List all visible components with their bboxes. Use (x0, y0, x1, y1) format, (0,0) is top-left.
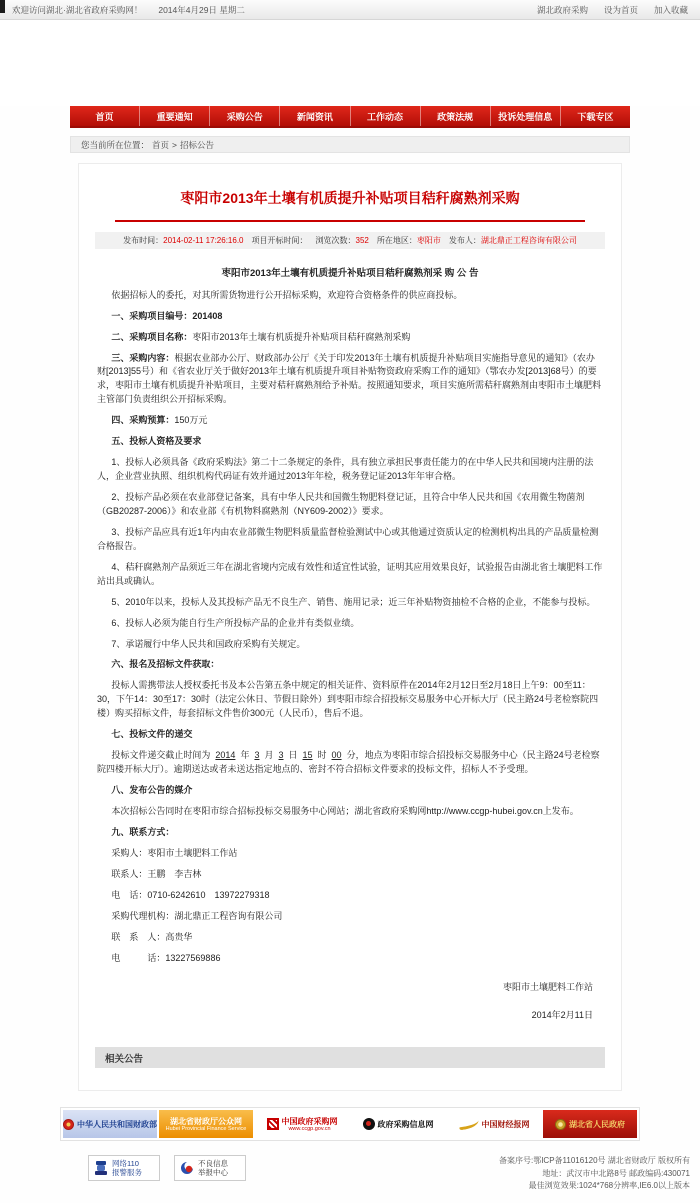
breadcrumb-home-link[interactable]: 首页 (152, 139, 169, 151)
nav-item-downloads[interactable]: 下载专区 (561, 106, 630, 126)
article-body: 枣阳市2013年土壤有机质提升补贴项目秸秆腐熟剂采 购 公 告 依据招标人的委托… (97, 267, 603, 1023)
contact-phone: 电 话：0710-6242610 13972279318 (97, 889, 603, 903)
ccgp-logo-link[interactable]: 中国政府采购网 www.ccgp.gov.cn (255, 1110, 349, 1138)
article-meta-bar: 发布时间：2014-02-11 17:26:16.0 项目开标时间： 浏览次数：… (95, 232, 605, 249)
page-corner-artifact (0, 0, 5, 13)
views-value: 352 (356, 236, 369, 245)
hubei-gov-logo-link[interactable]: 湖北省人民政府 (543, 1110, 637, 1138)
title-divider (115, 220, 585, 222)
section-5-item-4: 4、秸秆腐熟剂产品须近三年在湖北省境内完成有效性和适宜性试验，证明其应用效果良好… (97, 561, 603, 589)
top-utility-bar: 欢迎访问湖北·湖北省政府采购网！ 2014年4月29日 星期二 湖北政府采购 设… (0, 0, 700, 20)
icp-record-text: 备案序号:鄂ICP备11016120号 湖北省财政厅 版权所有 (499, 1155, 690, 1167)
breadcrumb-current-link[interactable]: 招标公告 (180, 139, 214, 151)
breadcrumb-prefix: 您当前所在位置： (81, 139, 149, 151)
mof-logo-link[interactable]: 中华人民共和国财政部 (63, 1110, 157, 1138)
related-announcements-header: 相关公告 (95, 1047, 605, 1068)
bad-info-report-badge[interactable]: 不良信息 举报中心 (174, 1155, 246, 1181)
contact-agency: 采购代理机构：湖北鼎正工程咨询有限公司 (97, 910, 603, 924)
region-label: 所在地区： (377, 236, 417, 245)
publish-time-value: 2014-02-11 17:26:16.0 (163, 236, 243, 245)
address-text: 地址：武汉市中北路8号 邮政编码:430071 (499, 1168, 690, 1180)
page-footer: 网络110 报警服务 不良信息 举报中心 备案序号:鄂ICP备11016120号… (88, 1155, 690, 1202)
nav-item-policies[interactable]: 政策法规 (421, 106, 491, 126)
breadcrumb-separator: > (172, 140, 177, 150)
deadline-year: 2014 (210, 750, 240, 760)
main-nav: 首页 重要通知 采购公告 新闻资讯 工作动态 政策法规 投诉处理信息 下载专区 (70, 106, 630, 128)
section-7-heading: 七、投标文件的递交 (97, 728, 603, 742)
section-5-item-2: 2、投标产品必须在农业部登记备案，具有中华人民共和国微生物肥料登记证，且符合中华… (97, 491, 603, 519)
deadline-hour: 15 (298, 750, 318, 760)
region-value: 枣阳市 (417, 236, 441, 245)
signature-date: 2014年2月11日 (97, 1009, 593, 1023)
section-8-text: 本次招标公告同时在枣阳市综合招标投标交易服务中心网站；湖北省政府采购网http:… (97, 805, 603, 819)
cyber-police-badge[interactable]: 网络110 报警服务 (88, 1155, 160, 1181)
announcement-card: 枣阳市2013年土壤有机质提升补贴项目秸秆腐熟剂采购 发布时间：2014-02-… (78, 163, 622, 1091)
contact-agency-phone: 电 话：13227569886 (97, 952, 603, 966)
section-6-heading: 六、报名及招标文件获取： (97, 658, 603, 672)
section-6-text: 投标人需携带法人授权委托书及本公告第五条中规定的相关证件、资料原件在2014年2… (97, 679, 603, 721)
section-3: 三、采购内容：根据农业部办公厅、财政部办公厅《关于印发2013年土壤有机质提升补… (97, 352, 603, 408)
section-5-item-3: 3、投标产品应具有近1年内由农业部微生物肥料质量监督检验测试中心或其他通过资质认… (97, 526, 603, 554)
nav-item-procurement-announcements[interactable]: 采购公告 (210, 106, 280, 126)
nav-item-complaints[interactable]: 投诉处理信息 (491, 106, 561, 126)
section-7-deadline: 投标文件递交截止时间为2014年3月3日15时00分，地点为枣阳市综合招投标交易… (97, 749, 603, 777)
best-view-text: 最佳浏览效果:1024*768分辨率,IE6.0以上版本 (499, 1180, 690, 1192)
section-5-item-6: 6、投标人必须为能自行生产所投标产品的企业并有类似业绩。 (97, 617, 603, 631)
deadline-month: 3 (249, 750, 264, 760)
section-1: 一、采购项目编号：201408 (97, 310, 603, 324)
intro-paragraph: 依据招标人的委托，对其所需货物进行公开招标采购，欢迎符合资格条件的供应商投标。 (97, 289, 603, 303)
caigou-info-circle-icon (363, 1118, 375, 1130)
police-officer-icon (94, 1160, 108, 1176)
announcement-heading: 枣阳市2013年土壤有机质提升补贴项目秸秆腐熟剂采 购 公 告 (97, 267, 603, 282)
nav-item-important-notices[interactable]: 重要通知 (140, 106, 210, 126)
nav-item-news[interactable]: 新闻资讯 (280, 106, 350, 126)
section-5-heading: 五、投标人资格及要求 (97, 435, 603, 449)
section-9-heading: 九、联系方式： (97, 826, 603, 840)
breadcrumb: 您当前所在位置： 首页 > 招标公告 (70, 136, 630, 153)
nav-item-work-updates[interactable]: 工作动态 (351, 106, 421, 126)
qr-code-icon (267, 1118, 279, 1130)
section-2: 二、采购项目名称：枣阳市2013年土壤有机质提升补贴项目秸秆腐熟剂采购 (97, 331, 603, 345)
gold-emblem-icon (555, 1119, 566, 1130)
caigou-info-logo-link[interactable]: 政府采购信息网 (351, 1110, 445, 1138)
deadline-minute: 00 (327, 750, 347, 760)
nav-item-home[interactable]: 首页 (70, 106, 140, 126)
partner-logo-strip: 中华人民共和国财政部 湖北省财政厅公众网 Hubei Provincial Fi… (60, 1107, 640, 1141)
header-banner-area (0, 20, 700, 106)
crescent-report-icon (180, 1161, 194, 1175)
views-label: 浏览次数： (316, 236, 356, 245)
gold-swoosh-icon (458, 1118, 479, 1130)
section-4: 四、采购预算：150万元 (97, 414, 603, 428)
section-5-item-7: 7、承诺履行中华人民共和国政府采购有关规定。 (97, 638, 603, 652)
section-5-item-1: 1、投标人必须具备《政府采购法》第二十二条规定的条件，具有独立承担民事责任能力的… (97, 456, 603, 484)
hubei-finance-logo-link[interactable]: 湖北省财政厅公众网 Hubei Provincial Finance Servi… (159, 1110, 253, 1138)
open-time-label: 项目开标时间： (252, 236, 308, 245)
link-set-homepage[interactable]: 设为首页 (604, 4, 638, 16)
welcome-text: 欢迎访问湖北·湖北省政府采购网！ (12, 4, 142, 16)
current-date: 2014年4月29日 星期二 (158, 4, 244, 16)
page-title: 枣阳市2013年土壤有机质提升补贴项目秸秆腐熟剂采购 (99, 188, 601, 208)
publisher-label: 发布人： (449, 236, 481, 245)
national-emblem-icon (63, 1119, 74, 1130)
contact-person: 联系人：王鹏 李吉林 (97, 868, 603, 882)
publish-time-label: 发布时间： (123, 236, 163, 245)
signature-org: 枣阳市土壤肥料工作站 (97, 981, 593, 995)
section-5-item-5: 5、2010年以来，投标人及其投标产品无不良生产、销售、施用记录；近三年补贴物资… (97, 596, 603, 610)
contact-purchaser: 采购人：枣阳市土壤肥料工作站 (97, 847, 603, 861)
section-8-heading: 八、发布公告的媒介 (97, 784, 603, 798)
cfen-logo-link[interactable]: 中国财经报网 (447, 1110, 541, 1138)
link-add-favorite[interactable]: 加入收藏 (654, 4, 688, 16)
contact-agency-person: 联 系 人：高贵华 (97, 931, 603, 945)
publisher-value: 湖北鼎正工程咨询有限公司 (481, 236, 577, 245)
link-hubei-gov-procurement[interactable]: 湖北政府采购 (537, 4, 588, 16)
deadline-day: 3 (273, 750, 288, 760)
